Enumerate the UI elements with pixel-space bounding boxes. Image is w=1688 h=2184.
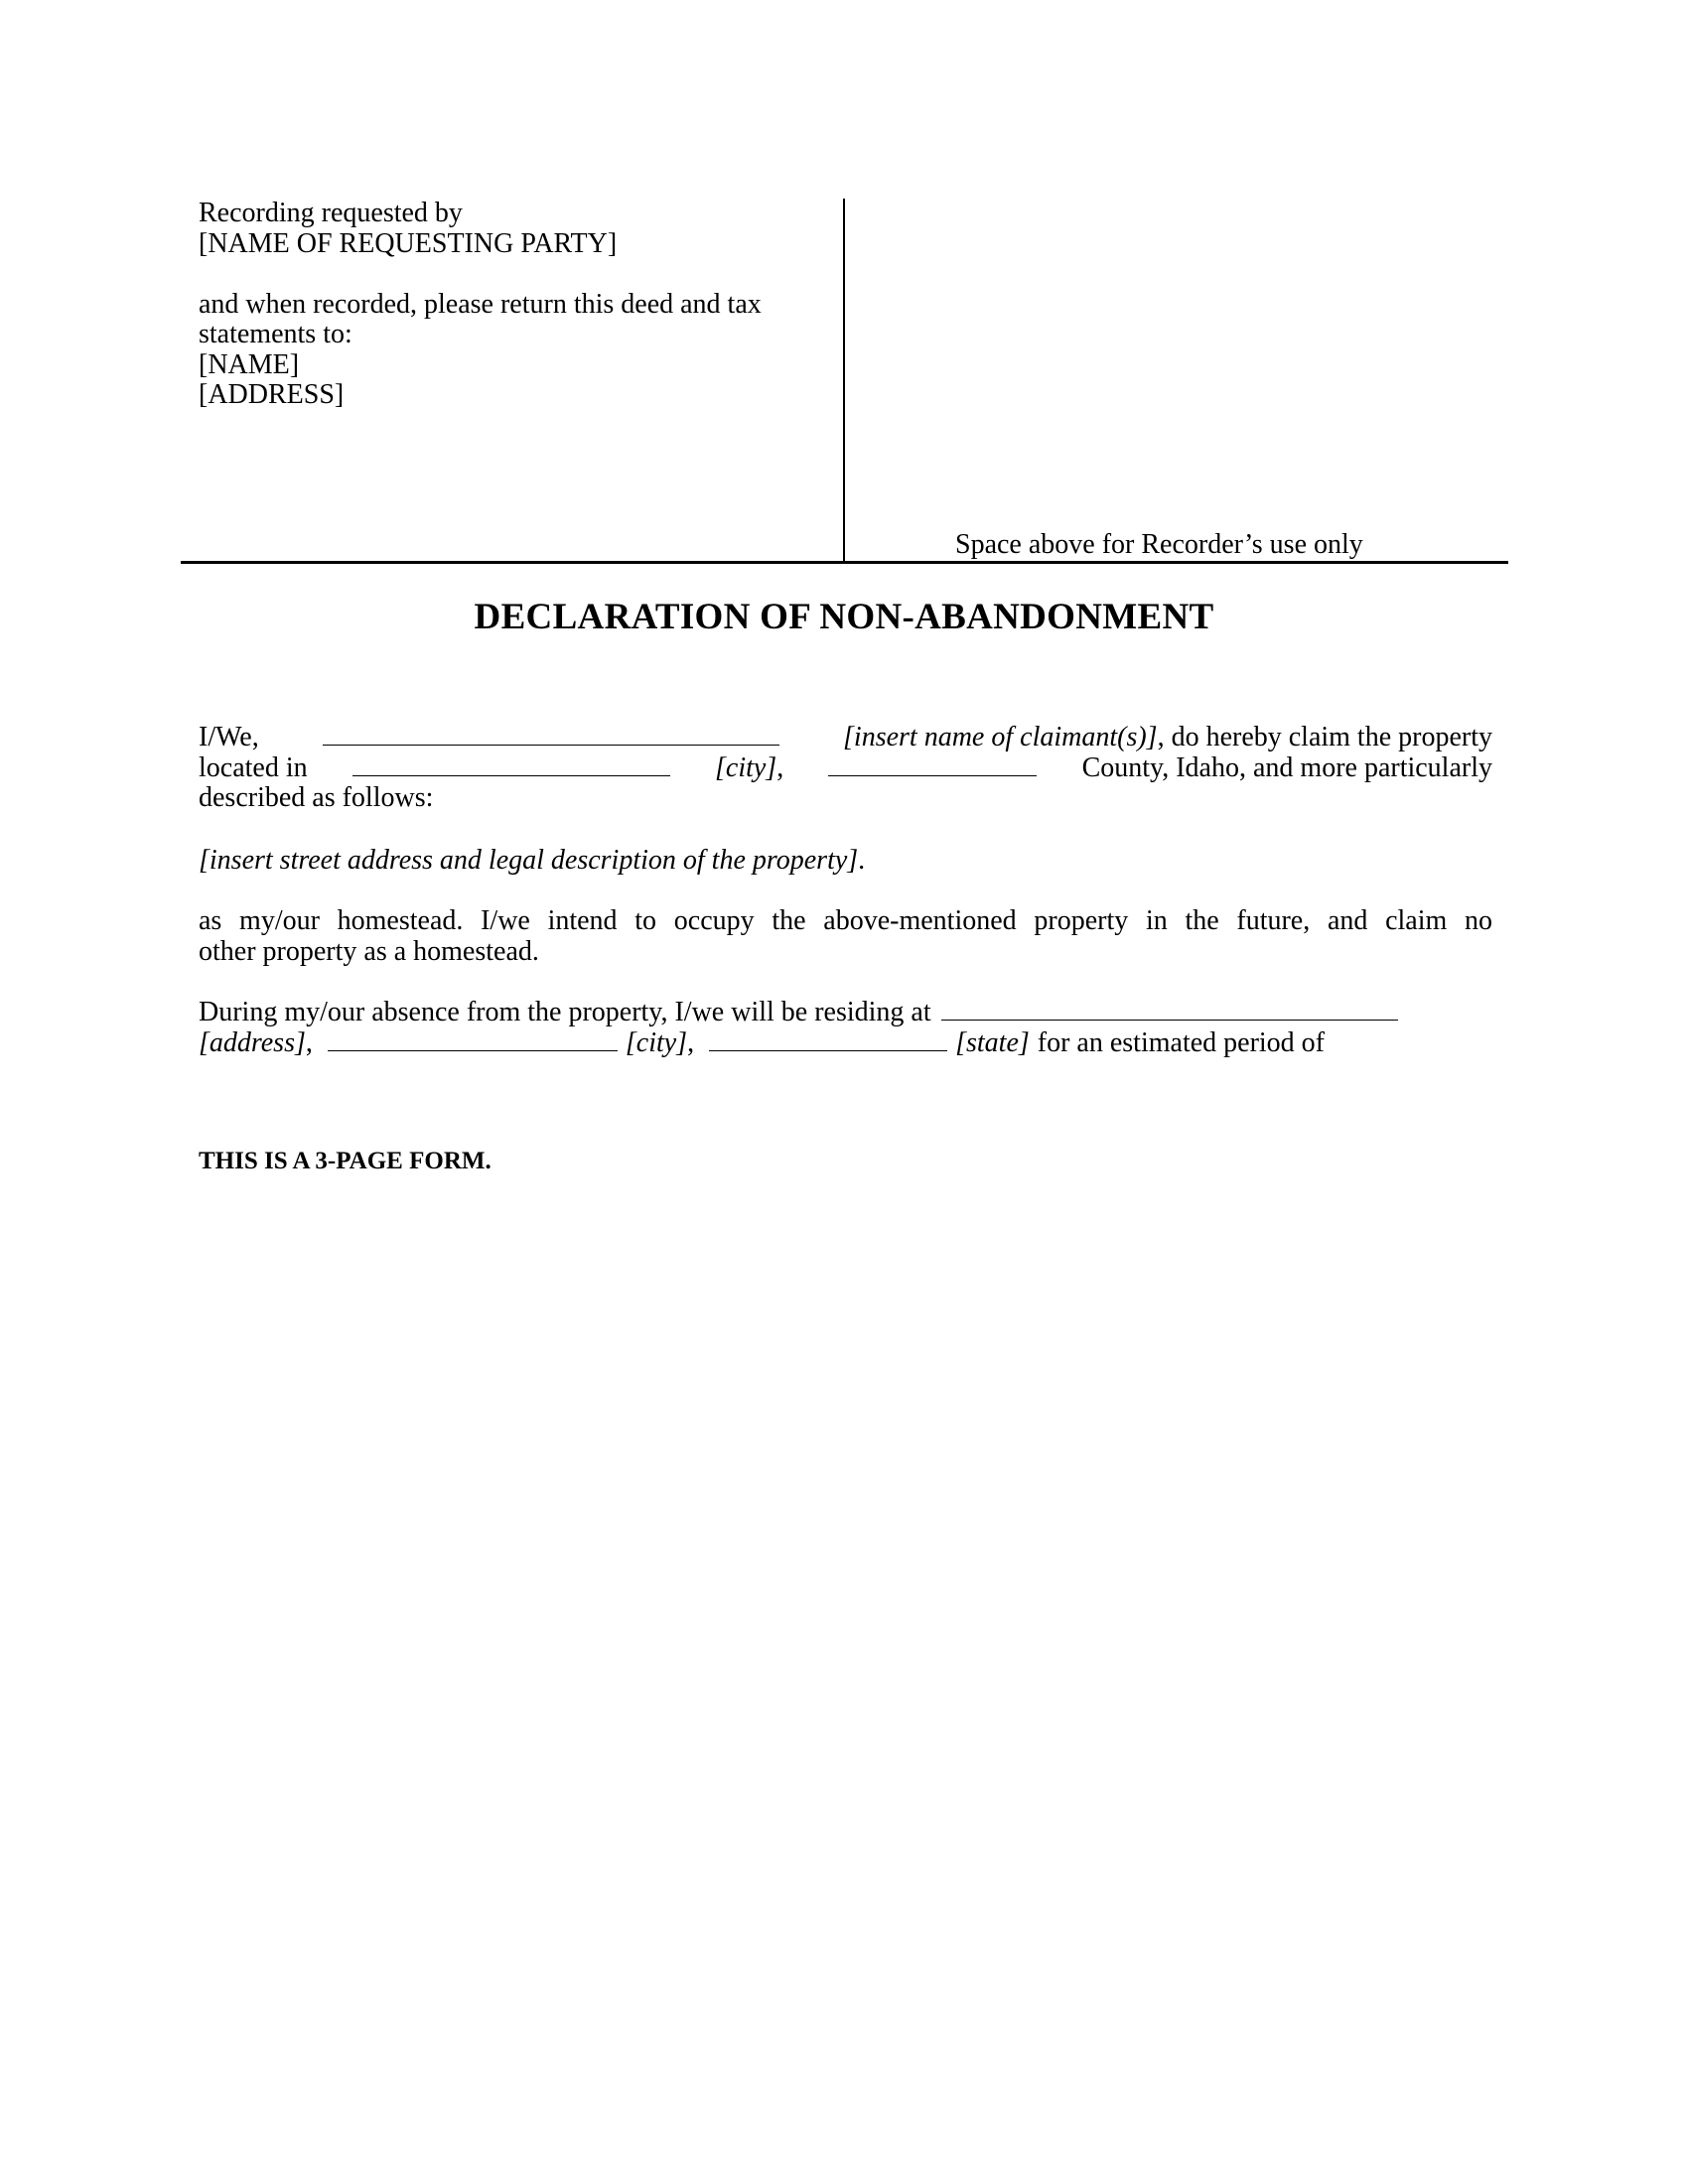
claim-line-2: located in [city], County, Idaho, and mo… (199, 753, 1492, 784)
absence-text: During my/our absence from the property,… (199, 998, 931, 1028)
recording-requested-label: Recording requested by (199, 199, 762, 229)
header-horizontal-rule (181, 561, 1508, 564)
document-title: DECLARATION OF NON-ABANDONMENT (0, 596, 1688, 638)
absence-line-2: [address], [city], [state] for an estima… (199, 1028, 1492, 1059)
property-description-hint: [insert street address and legal descrip… (199, 845, 858, 876)
claim-paragraph: I/We, [insert name of claimant(s)], do h… (199, 723, 1492, 814)
page-count-note: THIS IS A 3-PAGE FORM. (199, 1148, 492, 1175)
homestead-line-2: other property as a homestead. (199, 937, 1492, 968)
return-instructions-line1: and when recorded, please return this de… (199, 290, 762, 321)
absence-line-1: During my/our absence from the property,… (199, 998, 1492, 1028)
absence-paragraph: During my/our absence from the property,… (199, 998, 1492, 1058)
residing-address-blank[interactable] (941, 998, 1398, 1021)
spacer (199, 259, 762, 290)
claim-line-3: described as follows: (199, 783, 1492, 814)
located-in-label: located in (199, 753, 308, 784)
city-blank[interactable] (352, 753, 670, 776)
requesting-party-placeholder: [NAME OF REQUESTING PARTY] (199, 229, 762, 260)
address-hint: [address] (199, 1028, 306, 1059)
claimant-name-blank[interactable] (323, 723, 779, 746)
recording-request-block: Recording requested by [NAME OF REQUESTI… (199, 199, 762, 411)
city-hint: [city] (715, 752, 776, 783)
claimant-prefix: I/We, (199, 723, 259, 753)
homestead-line-1: as my/our homestead. I/we intend to occu… (199, 906, 1492, 937)
comma: , (776, 752, 783, 783)
return-name-placeholder: [NAME] (199, 350, 762, 381)
recorder-use-note: Space above for Recorder’s use only (955, 530, 1363, 561)
county-blank[interactable] (828, 753, 1037, 776)
estimated-period-text: for an estimated period of (1038, 1028, 1325, 1059)
county-text: County, Idaho, and more particularly (1082, 753, 1492, 784)
homestead-paragraph: as my/our homestead. I/we intend to occu… (199, 906, 1492, 967)
residing-city-hint: [city] (626, 1027, 687, 1058)
homestead-text-1: as my/our homestead. I/we intend to occu… (199, 906, 1492, 937)
claimant-hint: [insert name of claimant(s)] (843, 722, 1158, 752)
claim-line-1: I/We, [insert name of claimant(s)], do h… (199, 723, 1492, 753)
residing-city-blank[interactable] (328, 1028, 618, 1051)
return-instructions-line2: statements to: (199, 320, 762, 350)
residing-state-blank[interactable] (709, 1028, 947, 1051)
homestead-text-2: other property as a homestead. (199, 937, 539, 968)
property-description-paragraph: [insert street address and legal descrip… (199, 846, 1492, 877)
claim-text: , do hereby claim the property (1158, 722, 1492, 752)
header-vertical-divider (843, 199, 845, 564)
described-as-follows: described as follows: (199, 783, 433, 814)
return-address-placeholder: [ADDRESS] (199, 380, 762, 411)
period: . (858, 845, 865, 876)
residing-state-hint: [state] (955, 1028, 1030, 1059)
